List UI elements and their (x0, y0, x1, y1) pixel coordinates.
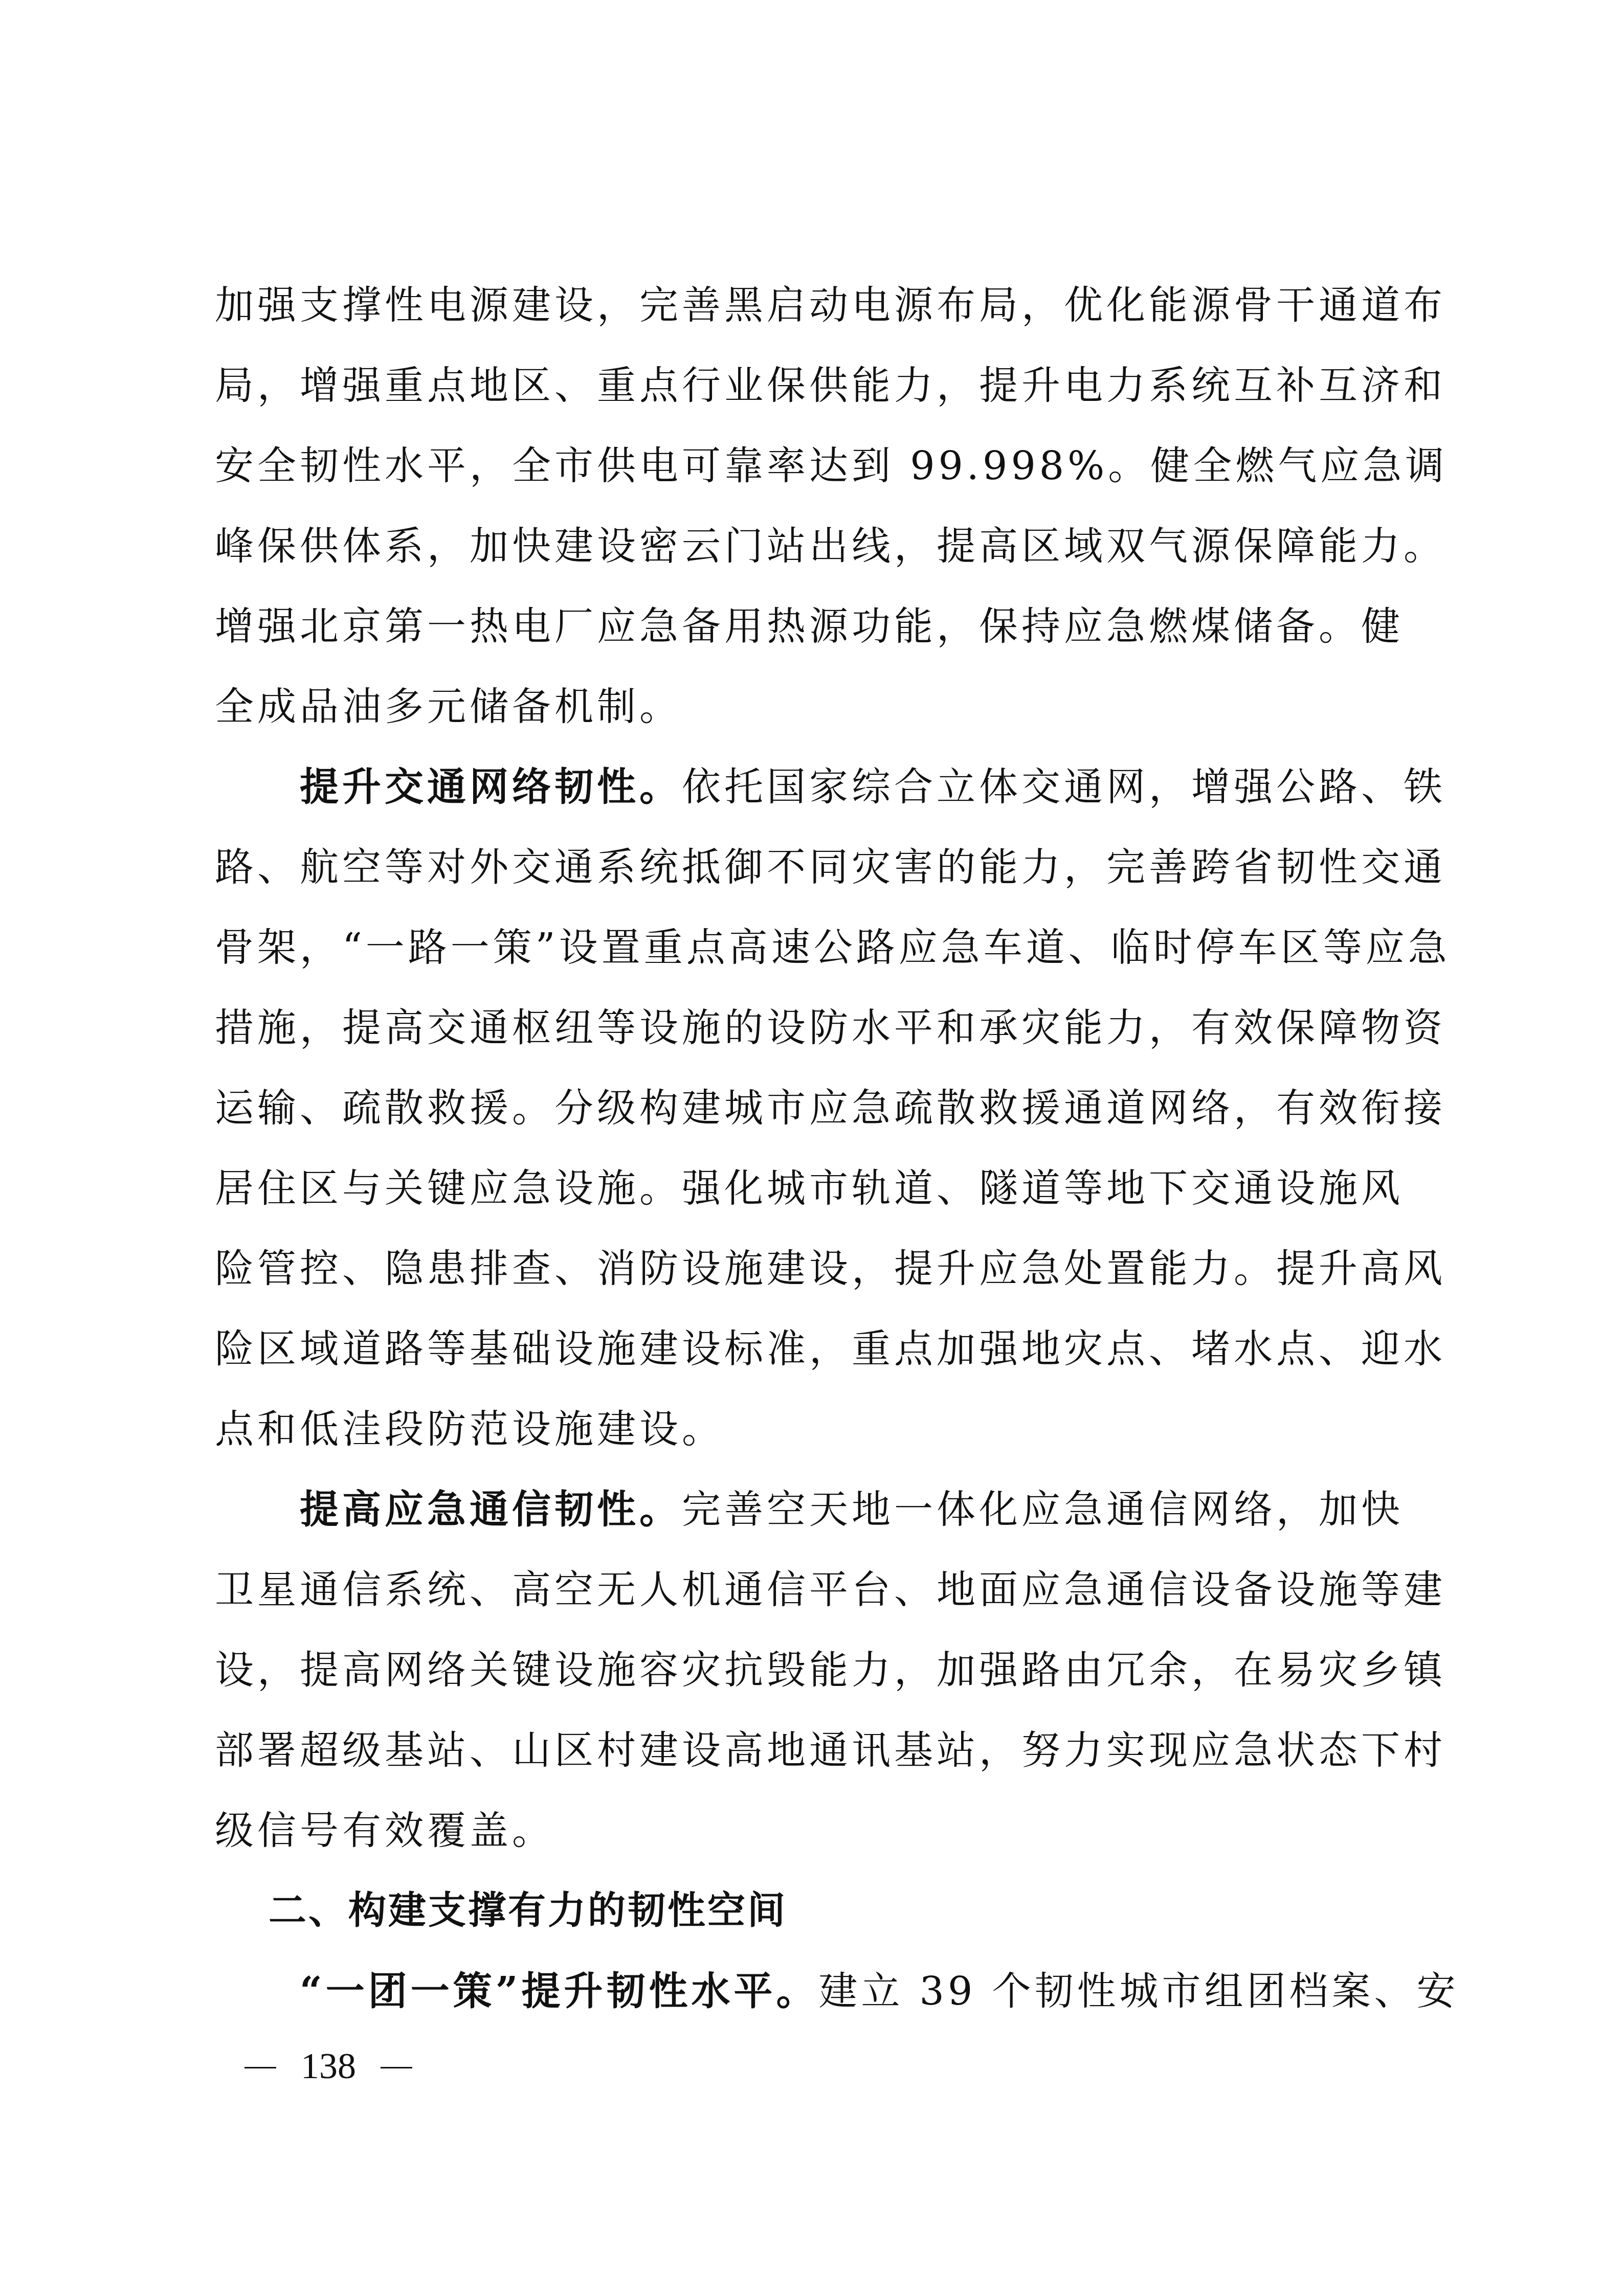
text-line-15: 点和低洼段防范设施建设。 (215, 1389, 1412, 1469)
line-text: 增强北京第一热电厂应急备用热源功能，保持应急燃煤储备。健 (215, 603, 1404, 649)
line-text: 局，增强重点地区、重点行业保供能力，提升电力系统互补互济和 (215, 363, 1446, 408)
text-line-9: 骨架，“一路一策”设置重点高速公路应急车道、临时停车区等应急 (215, 907, 1412, 987)
line-text: 措施，提高交通枢纽等设施的设防水平和承灾能力，有效保障物资 (215, 1005, 1446, 1050)
text-line-13: 险管控、隐患排查、消防设施建设，提升应急处置能力。提升高风 (215, 1228, 1412, 1309)
text-line-12: 居住区与关键应急设施。强化城市轨道、隧道等地下交通设施风 (215, 1148, 1412, 1228)
page-number-value: 138 (301, 2045, 356, 2086)
dash-left (244, 2067, 276, 2068)
text-line-11: 运输、疏散救援。分级构建城市应急疏散救援通道网络，有效衔接 (215, 1068, 1412, 1148)
line-text: 居住区与关键应急设施。强化城市轨道、隧道等地下交通设施风 (215, 1165, 1404, 1211)
line-text: 路、航空等对外交通系统抵御不同灾害的能力，完善跨省韧性交通 (215, 844, 1446, 890)
paragraph-communication-start: 提高应急通信韧性。完善空天地一体化应急通信网络，加快 (215, 1469, 1412, 1549)
page-number: 138 (240, 2040, 437, 2091)
text-line-17: 卫星通信系统、高空无人机通信平台、地面应急通信设备设施等建 (215, 1549, 1412, 1630)
line-text: 卫星通信系统、高空无人机通信平台、地面应急通信设备设施等建 (215, 1567, 1446, 1612)
line-text: 设，提高网络关键设施容灾抗毁能力，加强路由冗余，在易灾乡镇 (215, 1647, 1446, 1693)
line-text: 依托国家综合立体交通网，增强公路、铁 (682, 764, 1446, 809)
paragraph-lead-transport: 提升交通网络韧性。 (300, 764, 682, 809)
line-text: 级信号有效覆盖。 (215, 1808, 554, 1853)
section-heading: 二、构建支撑有力的韧性空间 (215, 1871, 1412, 1951)
paragraph-cluster-start: “一团一策”提升韧性水平。建立 39 个韧性城市组团档案、安 (215, 1951, 1412, 2031)
line-text: 部署超级基站、山区村建设高地通讯基站，努力实现应急状态下村 (215, 1727, 1446, 1773)
text-line-2: 局，增强重点地区、重点行业保供能力，提升电力系统互补互济和 (215, 345, 1412, 425)
paragraph-lead-cluster: “一团一策”提升韧性水平。 (300, 1968, 818, 2014)
line-text: 安全韧性水平，全市供电可靠率达到 99.998%。健全燃气应急调 (215, 443, 1448, 488)
text-line-3: 安全韧性水平，全市供电可靠率达到 99.998%。健全燃气应急调 (215, 425, 1412, 506)
paragraph-transport-start: 提升交通网络韧性。依托国家综合立体交通网，增强公路、铁 (215, 747, 1412, 827)
document-page: 加强支撑性电源建设，完善黑启动电源布局，优化能源骨干通道布 局，增强重点地区、重… (0, 0, 1624, 2296)
text-line-4: 峰保供体系，加快建设密云门站出线，提高区域双气源保障能力。 (215, 506, 1412, 586)
line-text: 建立 39 个韧性城市组团档案、安 (818, 1968, 1459, 2014)
dash-right (381, 2067, 412, 2068)
line-text: 运输、疏散救援。分级构建城市应急疏散救援通道网络，有效衔接 (215, 1085, 1446, 1131)
text-line-8: 路、航空等对外交通系统抵御不同灾害的能力，完善跨省韧性交通 (215, 827, 1412, 907)
text-line-20: 级信号有效覆盖。 (215, 1790, 1412, 1871)
paragraph-lead-communication: 提高应急通信韧性。 (300, 1487, 682, 1532)
text-line-5: 增强北京第一热电厂应急备用热源功能，保持应急燃煤储备。健 (215, 586, 1412, 666)
text-line-18: 设，提高网络关键设施容灾抗毁能力，加强路由冗余，在易灾乡镇 (215, 1630, 1412, 1710)
text-line-14: 险区域道路等基础设施建设标准，重点加强地灾点、堵水点、迎水 (215, 1309, 1412, 1389)
text-line-1: 加强支撑性电源建设，完善黑启动电源布局，优化能源骨干通道布 (215, 265, 1412, 345)
line-text: 险区域道路等基础设施建设标准，重点加强地灾点、堵水点、迎水 (215, 1326, 1446, 1371)
line-text: 险管控、隐患排查、消防设施建设，提升应急处置能力。提升高风 (215, 1246, 1446, 1291)
body-text: 加强支撑性电源建设，完善黑启动电源布局，优化能源骨干通道布 局，增强重点地区、重… (215, 265, 1412, 2031)
line-text: 点和低洼段防范设施建设。 (215, 1406, 724, 1452)
text-line-19: 部署超级基站、山区村建设高地通讯基站，努力实现应急状态下村 (215, 1710, 1412, 1790)
text-line-6: 全成品油多元储备机制。 (215, 666, 1412, 747)
line-text: 峰保供体系，加快建设密云门站出线，提高区域双气源保障能力。 (215, 523, 1446, 569)
line-text: 加强支撑性电源建设，完善黑启动电源布局，优化能源骨干通道布 (215, 282, 1446, 328)
line-text: 完善空天地一体化应急通信网络，加快 (682, 1487, 1404, 1532)
text-line-10: 措施，提高交通枢纽等设施的设防水平和承灾能力，有效保障物资 (215, 987, 1412, 1068)
line-text: 全成品油多元储备机制。 (215, 684, 682, 729)
line-text: 骨架，“一路一策”设置重点高速公路应急车道、临时停车区等应急 (215, 925, 1451, 970)
